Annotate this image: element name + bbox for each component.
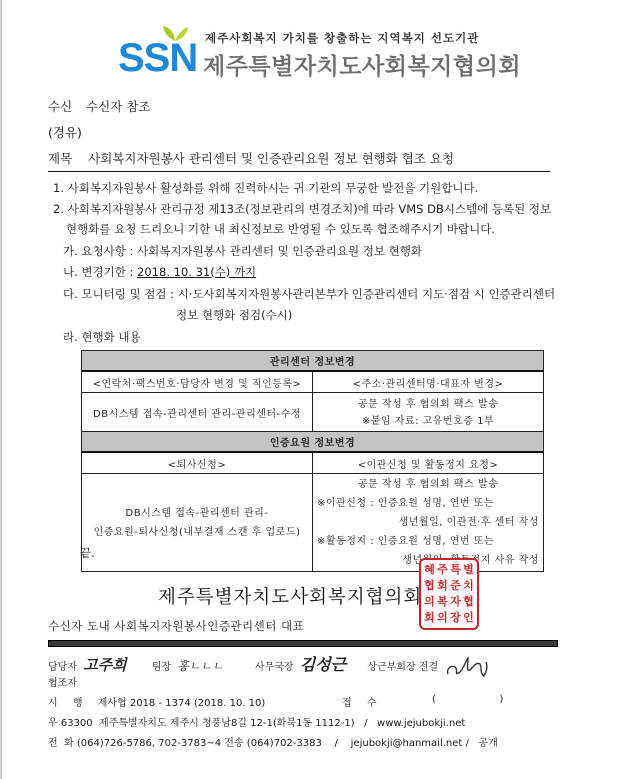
item-marker: 나. [63, 265, 78, 279]
sender-name: 제주특별자치도사회복지협의회장 [158, 583, 441, 609]
approval-row: 담당자 고주희 팀장 홍ㄴㄴㄴ 사무국장 김성근 상근부회장 전결 [48, 652, 490, 680]
section-header-member: 인증요원 정보변경 [82, 432, 544, 453]
s1-col2-header: <주소·관리센터명·대표자 변경> [313, 371, 544, 393]
item-value: 사회복지자원봉사 관리센터 및 인증관리요원 정보 현행화 [137, 244, 422, 258]
item-label: 현행화 내용 [81, 330, 140, 344]
item-marker: 라. [63, 330, 78, 344]
s2-col2-header: <이관신청 및 활동정지 요청> [313, 452, 544, 474]
cell-line: 생년월일, 이관전·후 센터 작성 [317, 513, 539, 532]
cell-line: DB시스템 접속-관리센터 관리- [86, 504, 308, 523]
address-line: 우 63300 제주특별자치도 제주시 청풍남8길 12-1(화북1동 1112… [48, 714, 465, 729]
item-marker: 가. [63, 244, 78, 258]
item-label: 모니터링 및 점검 [81, 287, 166, 301]
cell-line: 공문 작성 후 협의회 팩스 발송 [317, 395, 539, 414]
org-name: 제주특별자치도사회복지협의회 [203, 48, 521, 81]
approval-role: 상근부회장 전결 [367, 662, 438, 673]
via: (경유) [48, 123, 82, 141]
end-mark: 끝. [80, 545, 95, 561]
enforcement-value: 제사협 2018 - 1374 (2018. 10. 10) [98, 698, 266, 709]
cell-line: 인증요원-퇴사신청(내부결재 스캔 후 업로드) [86, 523, 308, 542]
subject-value: 사회복지자원봉사 관리센터 및 인증관리요원 정보 현행화 협조 요청 [88, 151, 454, 166]
signature-team-lead: 홍ㄴㄴㄴ [177, 659, 223, 673]
cooperator-label: 협조자 [48, 674, 77, 689]
page-edge [0, 0, 2, 779]
receipt-value: ( ) [432, 694, 503, 705]
deadline-value: 2018. 10. 31(수) 까지 [137, 265, 256, 279]
approval-role: 팀장 [152, 662, 171, 673]
item-value: 시·도사회복지자원봉사관리본부가 인증관리센터 지도·점검 시 인증관리센터 [178, 287, 555, 301]
enforcement-label: 시 행 [48, 698, 89, 709]
cell-line: ※붙임 자료: 고유번호증 1부 [317, 414, 539, 429]
item-da-continued: 정보 현행화 점검(수시) [176, 307, 292, 323]
recipient-row: 수신 수신자 참조 [48, 97, 151, 115]
subject-row: 제목 사회복지자원봉사 관리센터 및 인증관리요원 정보 현행화 협조 요청 [48, 149, 454, 167]
contact-line: 전 화 (064)726-5786, 702-3783~4 전송 (064)70… [48, 734, 498, 749]
paragraph-2-line-1: 2. 사회복지자원봉사 관리규정 제13조(정보관리의 변경조치)에 따라 VM… [53, 201, 551, 217]
item-da: 다. 모니터링 및 점검 : 시·도사회복지자원봉사관리본부가 인증관리센터 지… [63, 286, 555, 302]
recipients-list: 수신자 도내 사회복지자원봉사인증관리센터 대표 [48, 618, 304, 634]
approval-role: 담당자 [48, 662, 77, 673]
item-marker: 다. [63, 287, 78, 301]
cell-line: 공문 작성 후 협의회 팩스 발송 [317, 475, 539, 494]
signature-vice-chair [444, 654, 490, 680]
recipient-label: 수신 [48, 99, 72, 114]
section-header-center: 관리센터 정보변경 [82, 351, 544, 372]
subject-divider [48, 171, 550, 172]
s2-col1-header: <퇴사신청> [82, 452, 313, 474]
enforcement-row: 시 행 제사협 2018 - 1374 (2018. 10. 10) [48, 694, 265, 709]
signature-secretary-general: 김성근 [300, 655, 346, 674]
s1-col1-value: DB시스템 접속-관리센터 관리-관리센터-수정 [82, 393, 313, 432]
item-na: 나. 변경기한 : 2018. 10. 31(수) 까지 [63, 264, 256, 280]
cell-line: ※이관신청 : 인증요원 성명, 연번 또는 [317, 494, 539, 513]
official-seal: 혜주특별 협회준치 의복자협 회의장인 [419, 558, 479, 630]
paragraph-2-line-2: 현행화를 요청 드리오니 기한 내 최신정보로 반영될 수 있도록 협조해주시기… [66, 221, 495, 237]
recipient-value: 수신자 참조 [86, 99, 150, 114]
s2-col1-value: DB시스템 접속-관리센터 관리- 인증요원-퇴사신청(내부결재 스캔 후 업로… [82, 474, 313, 572]
slogan: 제주사회복지 가치를 창출하는 지역복지 선도기관 [205, 30, 479, 46]
s1-col2-value: 공문 작성 후 협의회 팩스 발송 ※붙임 자료: 고유번호증 1부 [313, 393, 544, 432]
logo-text: SSN [118, 36, 197, 80]
item-label: 변경기한 [81, 265, 125, 279]
cell-line: ※활동정지 : 인증요원 성명, 연번 또는 [317, 532, 539, 551]
subject-label: 제목 [48, 151, 72, 166]
footer-divider [48, 640, 558, 647]
item-ra: 라. 현행화 내용 [63, 329, 141, 345]
s2-col2-value: 공문 작성 후 협의회 팩스 발송 ※이관신청 : 인증요원 성명, 연번 또는… [313, 474, 544, 572]
ssn-logo: SSN [118, 22, 190, 80]
update-table: 관리센터 정보변경 <연락처·팩스번호·담당자 변경 및 직인등록> <주소·관… [81, 350, 544, 572]
receipt-label: 접 수 [342, 694, 383, 709]
signature-staff: 고주희 [83, 656, 126, 674]
paragraph-1: 1. 사회복지자원봉사 활성화를 위해 진력하시는 귀 기관의 무궁한 발전을 … [53, 180, 478, 196]
item-ga: 가. 요청사항 : 사회복지자원봉사 관리센터 및 인증관리요원 정보 현행화 [63, 243, 422, 259]
approval-role: 사무국장 [255, 662, 294, 673]
s1-col1-header: <연락처·팩스번호·담당자 변경 및 직인등록> [82, 371, 313, 393]
item-label: 요청사항 [81, 244, 125, 258]
